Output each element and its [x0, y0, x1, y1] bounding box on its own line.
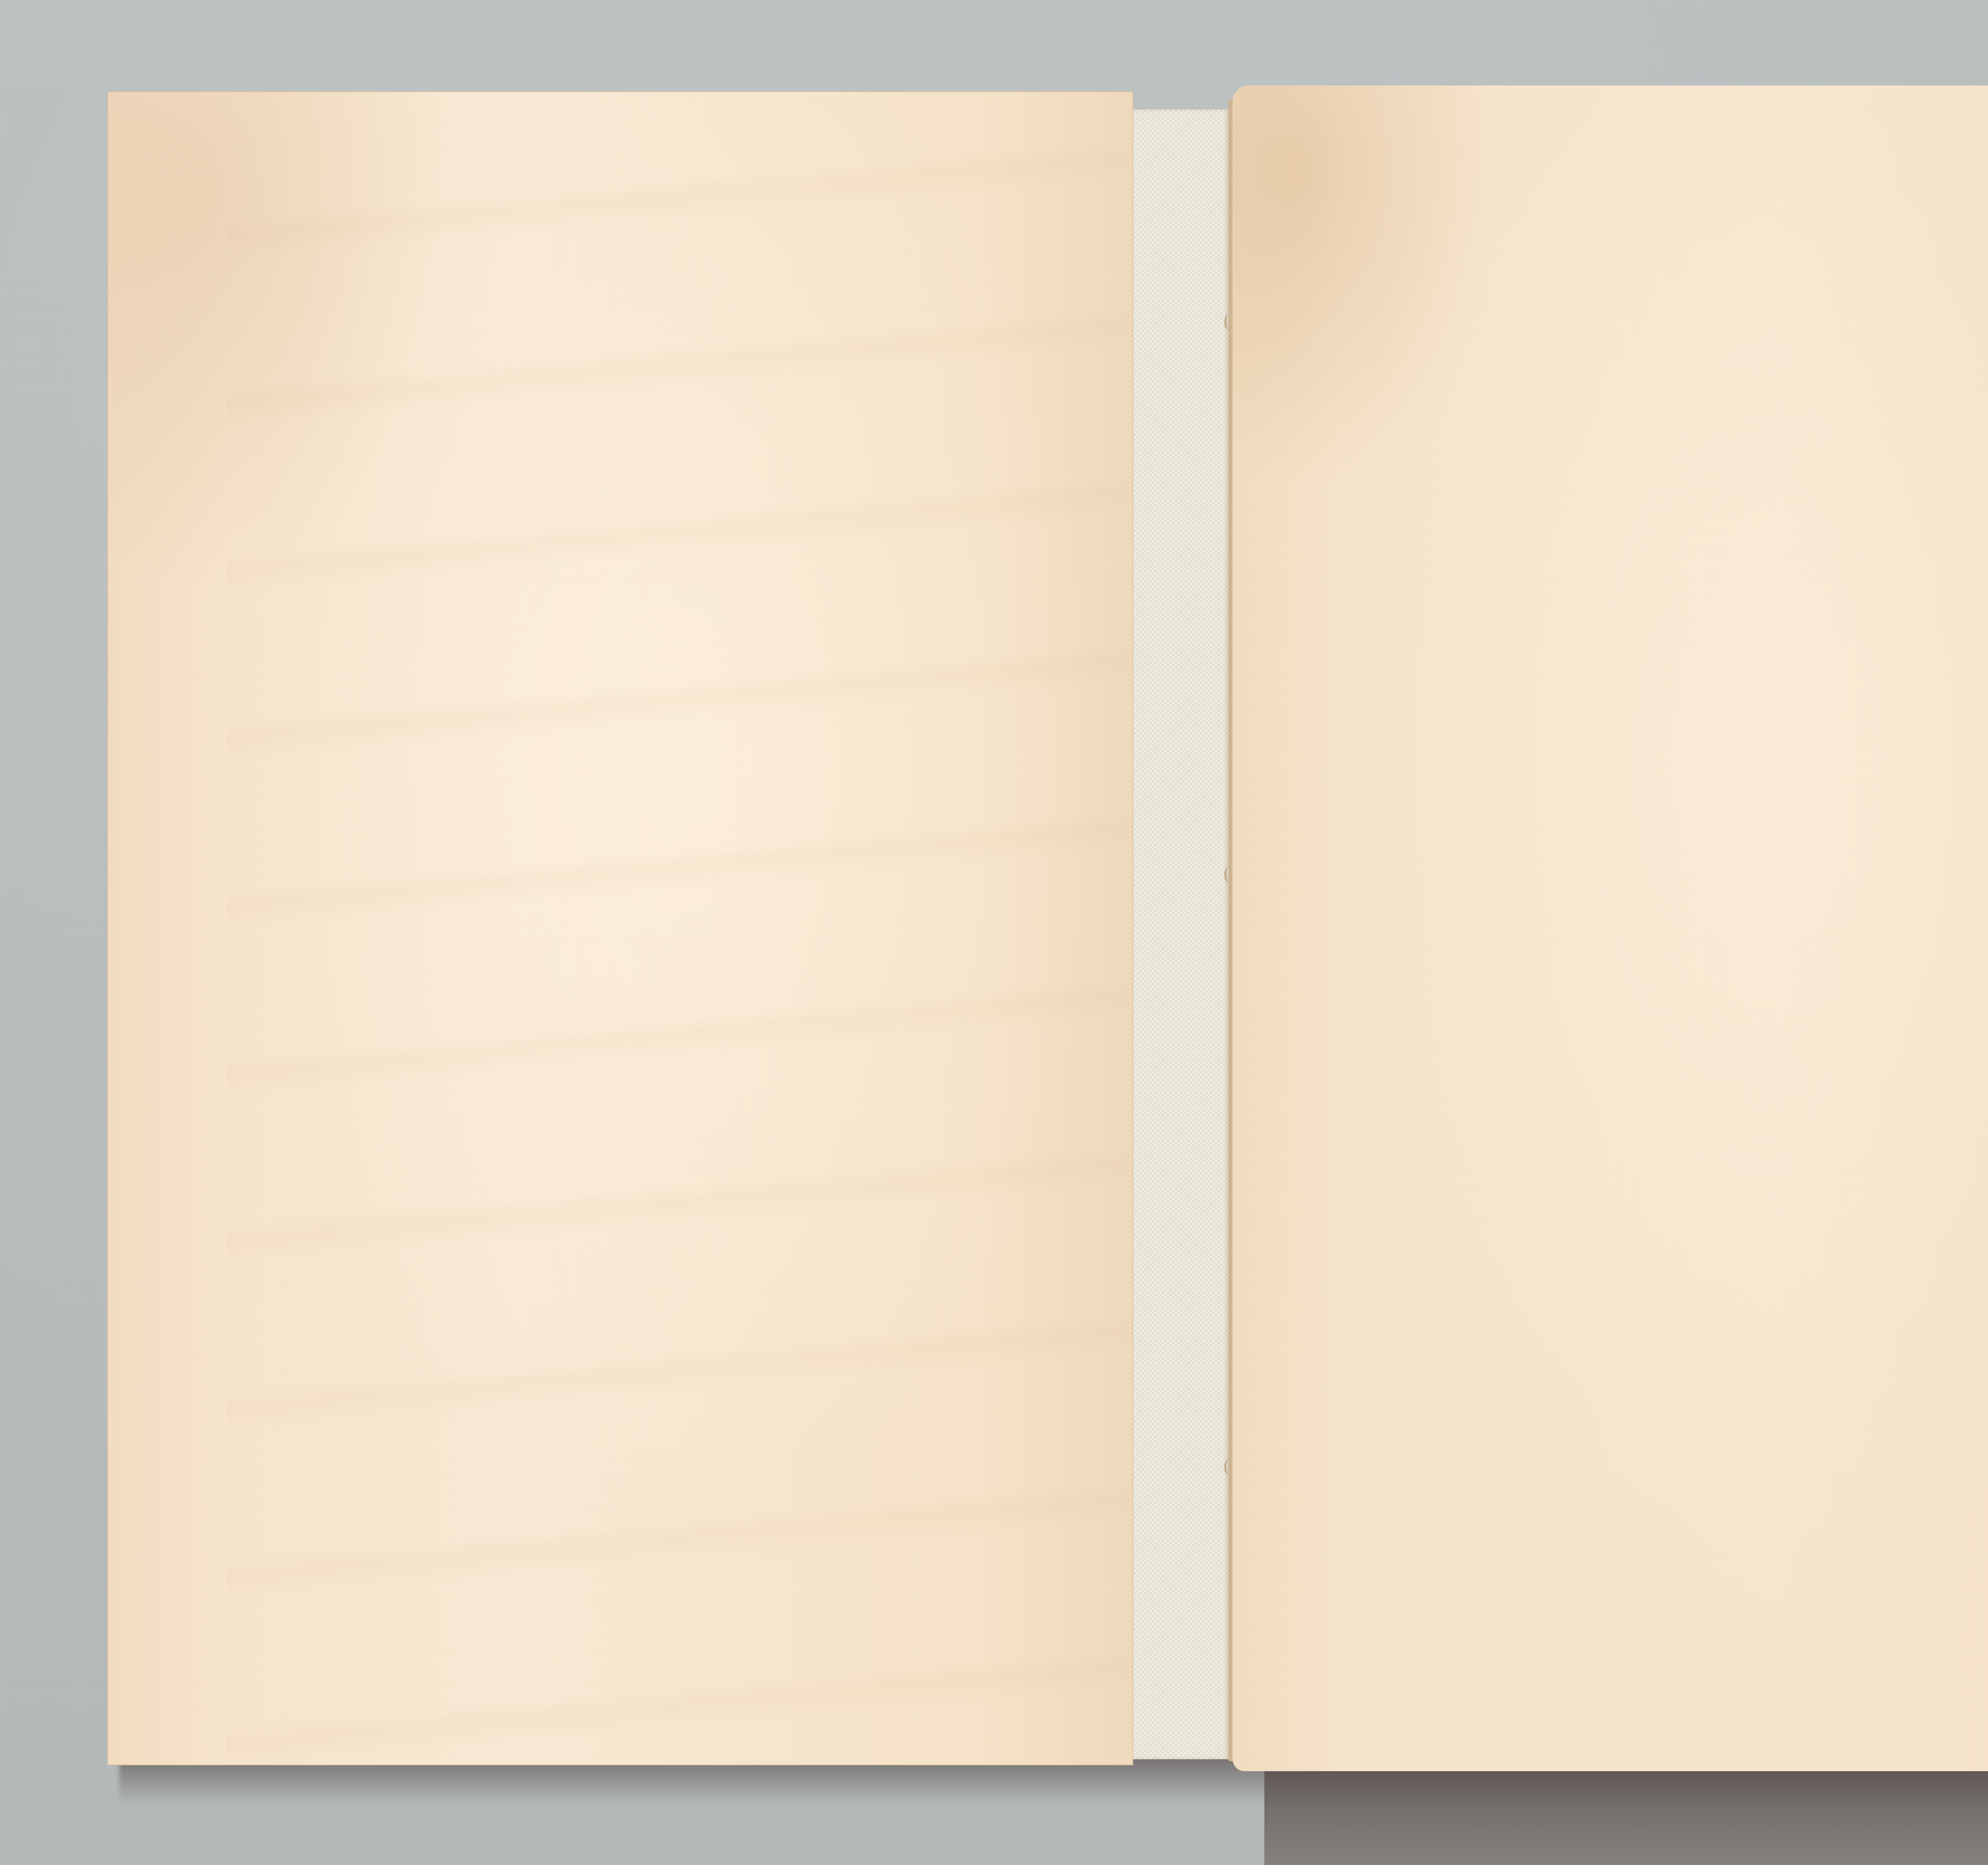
stitch-mark-top	[1225, 314, 1237, 330]
stitch-mark-bottom	[1225, 1459, 1237, 1475]
binding-tape	[1133, 109, 1229, 1759]
stitch-mark-middle	[1225, 867, 1237, 883]
left-page-wrinkles	[227, 91, 1133, 1765]
right-page	[1233, 85, 1988, 1771]
left-page	[107, 91, 1133, 1765]
